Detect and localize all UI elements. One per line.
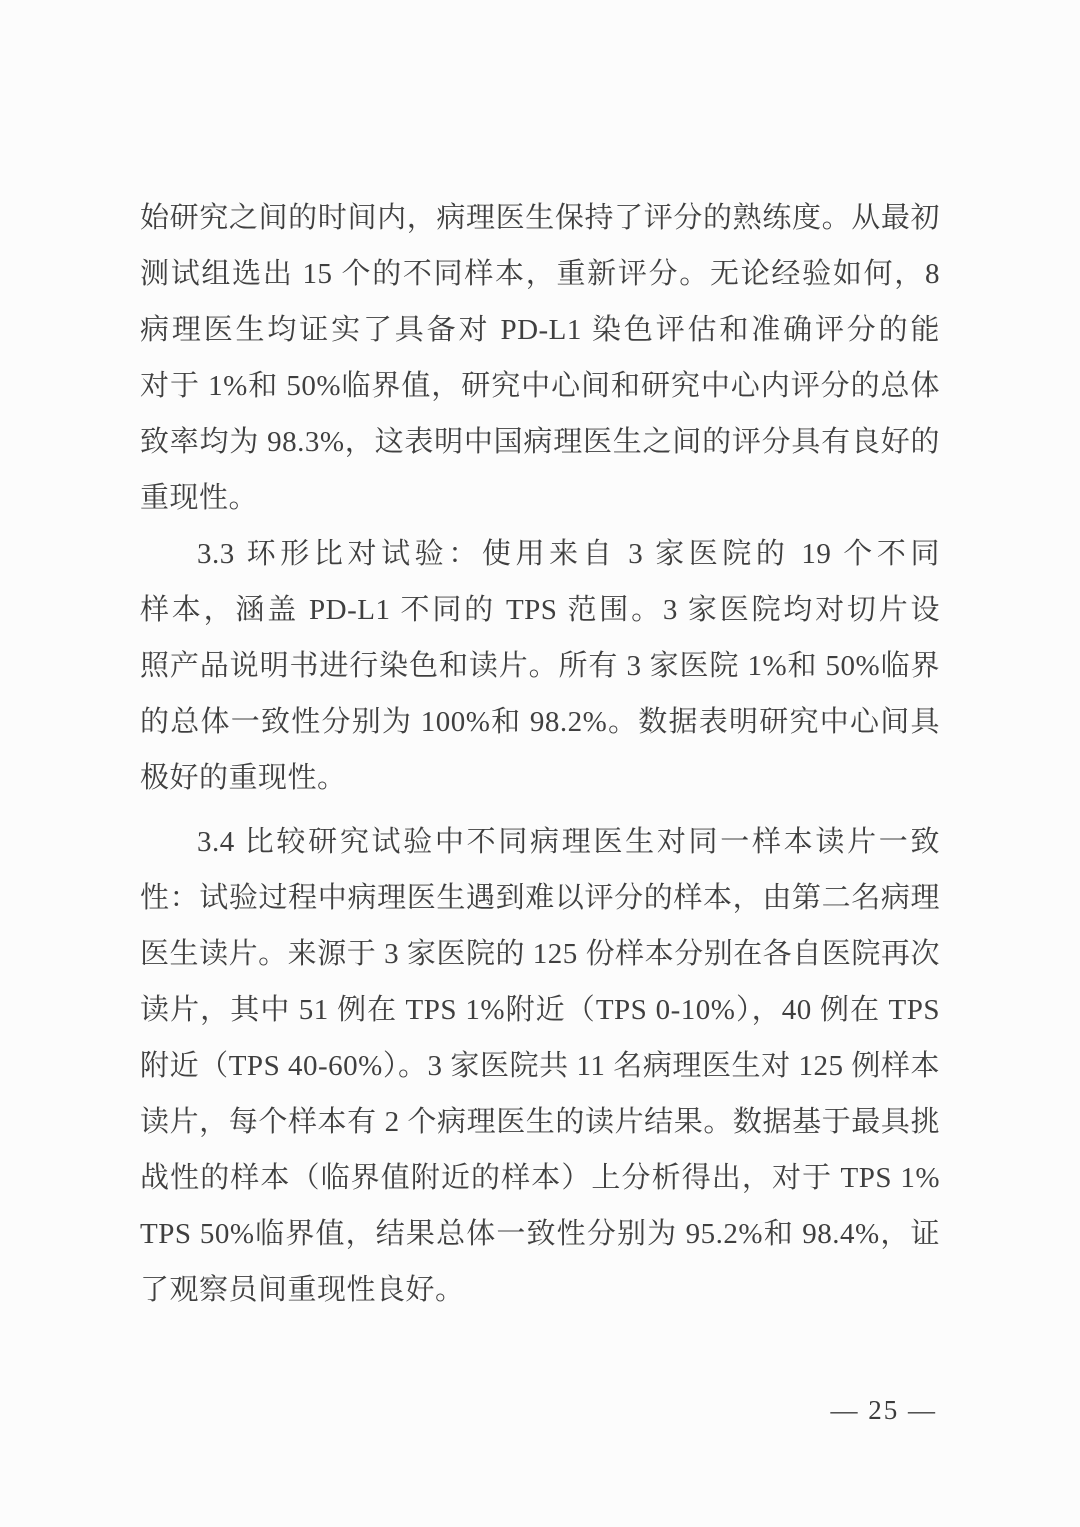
text-line: 测试组选出 15 个的不同样本，重新评分。无论经验如何，8 名 bbox=[140, 246, 940, 302]
text-line: 附近（TPS 40-60%）。3 家医院共 11 名病理医生对 125 例样本 bbox=[140, 1038, 940, 1094]
paragraph: 3.4 比较研究试验中不同病理医生对同一样本读片一致性：试验过程中病理医生遇到难… bbox=[140, 814, 940, 1318]
paragraph: 3.3 环形比对试验：使用来自 3 家医院的 19 个不同 NSCLC样本，涵盖… bbox=[140, 526, 940, 806]
text-line: 读片，每个样本有 2 个病理医生的读片结果。数据基于最具挑 bbox=[140, 1094, 940, 1150]
document-page: 始研究之间的时间内，病理医生保持了评分的熟练度。从最初测试组选出 15 个的不同… bbox=[0, 0, 1080, 1527]
paragraph: 始研究之间的时间内，病理医生保持了评分的熟练度。从最初测试组选出 15 个的不同… bbox=[140, 190, 940, 526]
text-line: 战性的样本（临界值附近的样本）上分析得出，对于 TPS 1%和 bbox=[140, 1150, 940, 1206]
text-line: 了观察员间重现性良好。 bbox=[140, 1262, 940, 1318]
text-line: 照产品说明书进行染色和读片。所有 3 家医院 1%和 50%临界值 bbox=[140, 638, 940, 694]
text-line: 3.4 比较研究试验中不同病理医生对同一样本读片一致 bbox=[140, 814, 940, 870]
text-line: 读片，其中 51 例在 TPS 1%附近（TPS 0-10%），40 例在 TP… bbox=[140, 982, 940, 1038]
page-number: — 25 — bbox=[831, 1395, 938, 1426]
text-line: 致率均为 98.3%，这表明中国病理医生之间的评分具有良好的 bbox=[140, 414, 940, 470]
page-number-label: — 25 — bbox=[831, 1395, 938, 1425]
text-line: 极好的重现性。 bbox=[140, 750, 940, 806]
text-line: 的总体一致性分别为 100%和 98.2%。数据表明研究中心间具有 bbox=[140, 694, 940, 750]
text-line: TPS 50%临界值，结果总体一致性分别为 95.2%和 98.4%，证实 bbox=[140, 1206, 940, 1262]
text-line: 对于 1%和 50%临界值，研究中心间和研究中心内评分的总体一 bbox=[140, 358, 940, 414]
text-line: 始研究之间的时间内，病理医生保持了评分的熟练度。从最初 bbox=[140, 190, 940, 246]
text-line: 3.3 环形比对试验：使用来自 3 家医院的 19 个不同 NSCLC bbox=[140, 526, 940, 582]
text-line: 重现性。 bbox=[140, 470, 940, 526]
document-body: 始研究之间的时间内，病理医生保持了评分的熟练度。从最初测试组选出 15 个的不同… bbox=[140, 190, 940, 1318]
text-line: 医生读片。来源于 3 家医院的 125 份样本分别在各自医院再次 bbox=[140, 926, 940, 982]
text-line: 性：试验过程中病理医生遇到难以评分的样本，由第二名病理 bbox=[140, 870, 940, 926]
text-line: 病理医生均证实了具备对 PD-L1 染色评估和准确评分的能力。 bbox=[140, 302, 940, 358]
text-line: 样本，涵盖 PD-L1 不同的 TPS 范围。3 家医院均对切片设盲，按 bbox=[140, 582, 940, 638]
